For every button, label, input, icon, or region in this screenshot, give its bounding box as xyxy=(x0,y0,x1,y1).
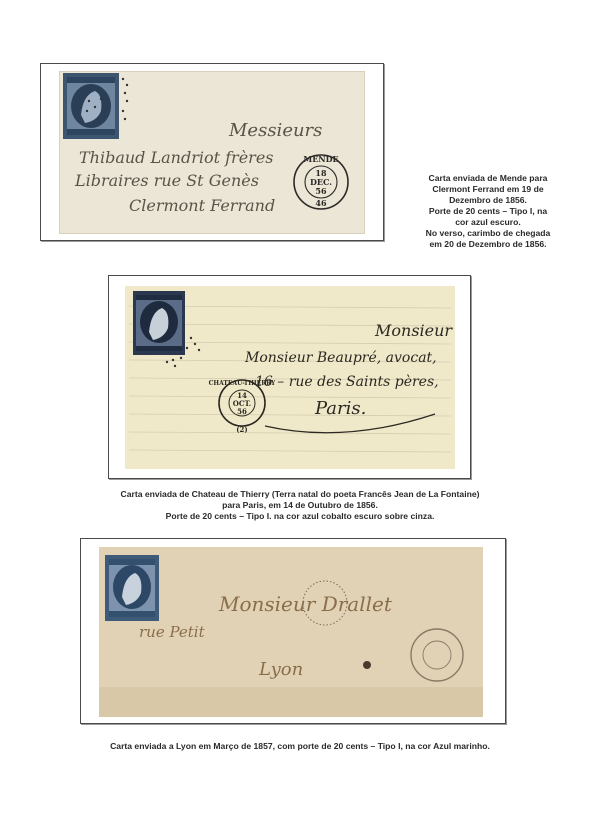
caption-line: Carta enviada a Lyon em Março de 1857, c… xyxy=(40,741,560,752)
svg-text:Monsieur: Monsieur xyxy=(374,321,453,340)
caption-chateau-thierry: Carta enviada de Chateau de Thierry (Ter… xyxy=(60,489,540,522)
caption-lyon: Carta enviada a Lyon em Março de 1857, c… xyxy=(40,741,560,752)
caption-mende: Carta enviada de Mende para Clermont Fer… xyxy=(388,173,588,250)
stamp-icon xyxy=(63,73,119,139)
svg-text:Thibaud Landriot frères: Thibaud Landriot frères xyxy=(79,148,274,167)
svg-text:Paris.: Paris. xyxy=(314,398,366,419)
caption-line: cor azul escuro. xyxy=(388,217,588,228)
svg-text:MENDE: MENDE xyxy=(303,154,338,164)
caption-line: Clermont Ferrand em 19 de xyxy=(388,184,588,195)
svg-text:CHATEAU-THIERRY: CHATEAU-THIERRY xyxy=(209,380,276,387)
svg-text:16 – rue des Saints pères,: 16 – rue des Saints pères, xyxy=(255,374,439,390)
cover-image-lyon: Monsieur Drallet rue Petit Lyon xyxy=(99,547,483,717)
caption-line: para Paris, em 14 de Outubro de 1856. xyxy=(60,500,540,511)
svg-text:56: 56 xyxy=(315,186,327,196)
svg-text:Clermont Ferrand: Clermont Ferrand xyxy=(129,196,275,215)
stamp-icon xyxy=(105,555,159,621)
caption-line: Carta enviada de Chateau de Thierry (Ter… xyxy=(60,489,540,500)
svg-text:Messieurs: Messieurs xyxy=(228,120,322,141)
envelope-illustration: Monsieur Monsieur Beaupré, avocat, 16 – … xyxy=(125,286,455,469)
ink-spot xyxy=(363,661,371,669)
cover-frame-chateau-thierry: Monsieur Monsieur Beaupré, avocat, 16 – … xyxy=(108,275,471,479)
svg-text:46: 46 xyxy=(315,198,327,208)
svg-text:Monsieur Beaupré, avocat,: Monsieur Beaupré, avocat, xyxy=(244,350,437,366)
svg-text:Libraires rue St Genès: Libraires rue St Genès xyxy=(74,171,259,190)
cover-frame-mende: Messieurs Thibaud Landriot frères Librai… xyxy=(40,63,384,241)
caption-line: em 20 de Dezembro de 1856. xyxy=(388,239,588,250)
caption-line: Carta enviada de Mende para xyxy=(388,173,588,184)
svg-text:Lyon: Lyon xyxy=(258,659,303,680)
caption-line: Dezembro de 1856. xyxy=(388,195,588,206)
svg-text:(2): (2) xyxy=(236,425,248,434)
caption-line: Porte de 20 cents – Tipo I, na xyxy=(388,206,588,217)
envelope-illustration: Monsieur Drallet rue Petit Lyon xyxy=(99,547,483,717)
cover-image-mende: Messieurs Thibaud Landriot frères Librai… xyxy=(59,71,365,234)
svg-text:rue Petit: rue Petit xyxy=(139,623,206,641)
svg-text:Monsieur Drallet: Monsieur Drallet xyxy=(218,592,393,616)
svg-text:56: 56 xyxy=(237,407,247,416)
envelope-illustration: Messieurs Thibaud Landriot frères Librai… xyxy=(59,71,365,234)
cover-image-chateau-thierry: Monsieur Monsieur Beaupré, avocat, 16 – … xyxy=(125,286,455,469)
stamp-icon xyxy=(133,291,185,355)
caption-line: Porte de 20 cents – Tipo I. na cor azul … xyxy=(60,511,540,522)
caption-line: No verso, carimbo de chegada xyxy=(388,228,588,239)
cover-frame-lyon: Monsieur Drallet rue Petit Lyon xyxy=(80,538,506,724)
